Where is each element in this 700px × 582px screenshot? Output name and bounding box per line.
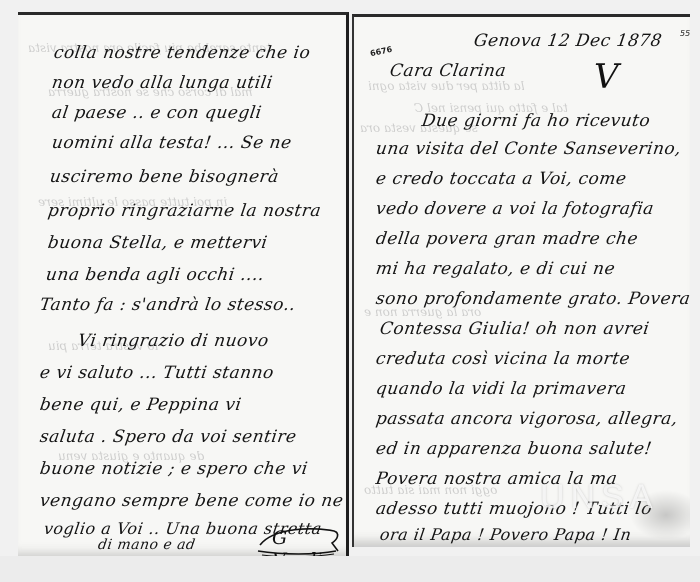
letter-line: una visita del Conte Sanseverino, (375, 139, 683, 159)
letter-line: Costanocce io non sono per il Papa (383, 545, 668, 547)
letter-line: Contessa Giulia! oh non avrei (379, 319, 651, 339)
letter-line: di mano e ad (97, 537, 197, 553)
letter-line: al paese .. e con quegli (51, 103, 263, 123)
letter-line: saluta . Spero da voi sentire (39, 427, 298, 447)
letter-line: bene qui, e Peppina vi (39, 395, 243, 415)
salutation: Cara Clarina (389, 61, 508, 81)
letter-line: colla nostre tendenze che io (53, 43, 312, 63)
page-number: 55. (680, 29, 690, 38)
letter-line: Tanto fa : s'andrà lo stesso.. (39, 295, 297, 315)
letter-line: e vi saluto ... Tutti stanno (39, 363, 276, 383)
letter-line: quando la vidi la primavera (375, 379, 628, 399)
letter-line: ora il Papa ! Povero Papa ! In (379, 525, 633, 544)
letter-line: non vedo alla lunga utili (51, 73, 274, 93)
dateline: Genova 12 Dec 1878 (473, 31, 664, 51)
letter-line: mi ha regalato, e di cui ne (375, 259, 617, 279)
letter-line: Due giorni fa ho ricevuto (421, 111, 652, 131)
letter-line: una benda agli occhi .... (45, 265, 266, 285)
check-mark-icon: V (594, 57, 619, 97)
signature-text: G Verdi (272, 527, 342, 559)
bleed-through-text: la ditta per due vista ogni (368, 79, 525, 93)
letter-page-left: tanto sarebbe piu facile ora nostra vist… (18, 12, 349, 559)
letter-line: buona Stella, e mettervi (47, 233, 269, 253)
letter-line: uomini alla testa! ... Se ne (51, 133, 293, 153)
letter-line: buone notizie ; e spero che vi (39, 459, 310, 479)
archive-number: 6676 (369, 45, 393, 58)
letter-line: Vi ringrazio di nuovo (77, 331, 271, 351)
letter-line: passata ancora vigorosa, allegra, (375, 409, 680, 429)
watermark: UNSA (540, 478, 658, 517)
letter-line: vedo dovere a voi la fotografia (375, 199, 656, 219)
letter-line: e credo toccata a Voi, come (375, 169, 628, 189)
letter-line: vengano sempre bene come io ne (39, 491, 345, 511)
scan-margin (0, 556, 700, 582)
letter-page-right: la ditta per due vista ogni tal e fatto … (352, 14, 690, 547)
signature: G Verdi (254, 525, 342, 559)
document-scan: tanto sarebbe piu facile ora nostra vist… (0, 0, 700, 582)
letter-line: usciremo bene bisognerà (49, 167, 281, 187)
letter-line: sono profondamente grato. Povera (375, 289, 690, 309)
letter-line: creduta così vicina la morte (375, 349, 632, 369)
letter-line: della povera gran madre che (375, 229, 640, 249)
letter-line: proprio ringraziarne la nostra (47, 201, 323, 221)
letter-line: ed in apparenza buona salute! (375, 439, 654, 459)
